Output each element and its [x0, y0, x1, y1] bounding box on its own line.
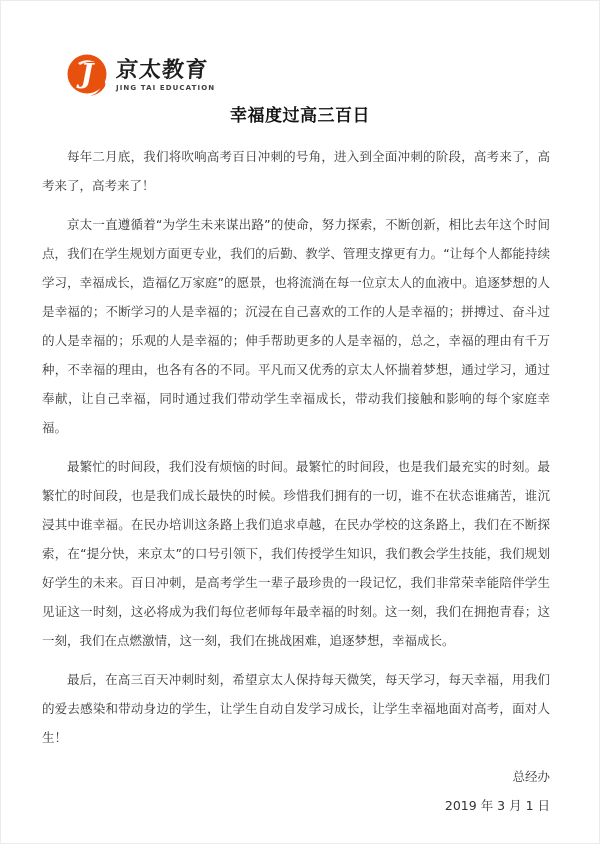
document-body: 每年二月底，我们将吹响高考百日冲刺的号角，进入到全面冲刺的阶段，高考来了，高考来…: [42, 142, 550, 820]
jingtai-logo-icon: J: [66, 53, 110, 97]
company-logo: J 京太教育 JING TAI EDUCATION: [66, 53, 215, 97]
logo-text-block: 京太教育 JING TAI EDUCATION: [116, 58, 215, 92]
paragraph-2: 京太一直遵循着“为学生未来谋出路”的使命，努力探索，不断创新，相比去年这个时间点…: [42, 210, 550, 442]
document-title: 幸福度过高三百日: [1, 101, 599, 126]
signature: 总经办: [42, 762, 550, 791]
document-page: J 京太教育 JING TAI EDUCATION 幸福度过高三百日 每年二月底…: [0, 0, 600, 844]
date: 2019 年 3 月 1 日: [42, 791, 550, 820]
signature-block: 总经办 2019 年 3 月 1 日: [42, 762, 550, 820]
logo-company-name-en: JING TAI EDUCATION: [116, 84, 215, 92]
paragraph-4: 最后，在高三百天冲刺时刻，希望京太人保持每天微笑，每天学习，每天幸福，用我们的爱…: [42, 665, 550, 752]
paragraph-1: 每年二月底，我们将吹响高考百日冲刺的号角，进入到全面冲刺的阶段，高考来了，高考来…: [42, 142, 550, 200]
logo-company-name-cn: 京太教育: [115, 58, 216, 82]
paragraph-3: 最繁忙的时间段，我们没有烦恼的时间。最繁忙的时间段，也是我们最充实的时刻。最繁忙…: [42, 452, 550, 655]
